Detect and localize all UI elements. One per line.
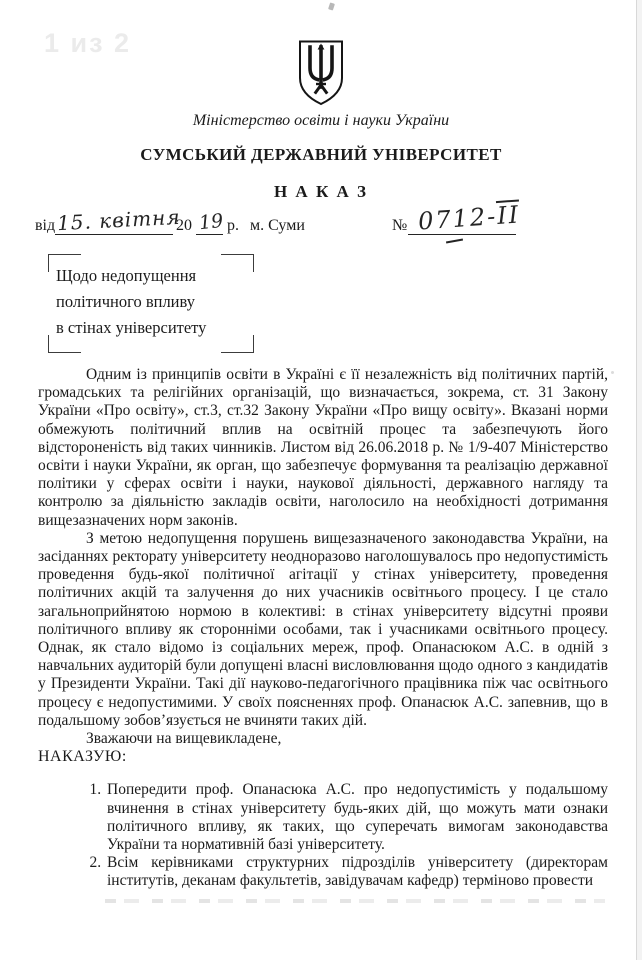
body-paragraph: Зважаючи на вищевикладене,	[38, 730, 608, 748]
scan-right-edge	[637, 0, 642, 960]
order-subject: Щодо недопущення політичного впливу в ст…	[56, 263, 206, 341]
year-suffix: р.	[227, 217, 239, 235]
handwritten-date: 15. квітня	[56, 205, 181, 235]
scan-speck	[328, 2, 335, 10]
document-type-title: Н А К А З	[0, 182, 642, 202]
order-heading: НАКАЗУЮ:	[38, 748, 608, 766]
university-name: СУМСЬКИЙ ДЕРЖАВНИЙ УНІВЕРСИТЕТ	[0, 145, 642, 165]
scan-speck	[611, 371, 614, 374]
handwritten-order-number: 0712-ІІ	[417, 199, 521, 235]
ministry-name: Міністерство освіти і науки України	[0, 112, 642, 130]
handwritten-flourish	[446, 239, 463, 244]
handwritten-year: 19	[198, 210, 224, 234]
subject-line: Щодо недопущення	[56, 263, 206, 289]
date-from-label: від	[35, 217, 55, 235]
subject-corner-mark	[221, 335, 254, 353]
scanned-order-document: 1 из 2 Міністерство освіти і науки Украї…	[0, 0, 642, 960]
ukraine-trident-emblem-icon	[296, 40, 346, 106]
scan-right-edge-line	[636, 0, 637, 960]
order-item: Попередити проф. Опанасюка А.С. про недо…	[105, 781, 608, 854]
body-paragraph: З метою недопущення порушень вищезазначе…	[38, 530, 608, 730]
subject-line: в стінах університету	[56, 315, 206, 341]
order-number-main: 0712-	[417, 202, 498, 235]
order-item: Всім керівниками структурних підрозділів…	[105, 854, 608, 890]
year-prefix: 20	[176, 217, 192, 235]
number-sign-label: №	[392, 217, 407, 235]
order-number-suffix: ІІ	[496, 199, 521, 228]
body-paragraph: Одним із принципів освіти в Україні є її…	[38, 366, 608, 530]
faded-cutoff-text-row	[105, 899, 605, 903]
page-counter-watermark: 1 из 2	[44, 28, 131, 59]
order-items-list: Попередити проф. Опанасюка А.С. про недо…	[38, 781, 608, 890]
subject-line: політичного впливу	[56, 289, 206, 315]
order-body: Одним із принципів освіти в Україні є її…	[38, 366, 608, 891]
city-name: м. Суми	[250, 217, 305, 235]
subject-corner-mark	[221, 254, 254, 272]
